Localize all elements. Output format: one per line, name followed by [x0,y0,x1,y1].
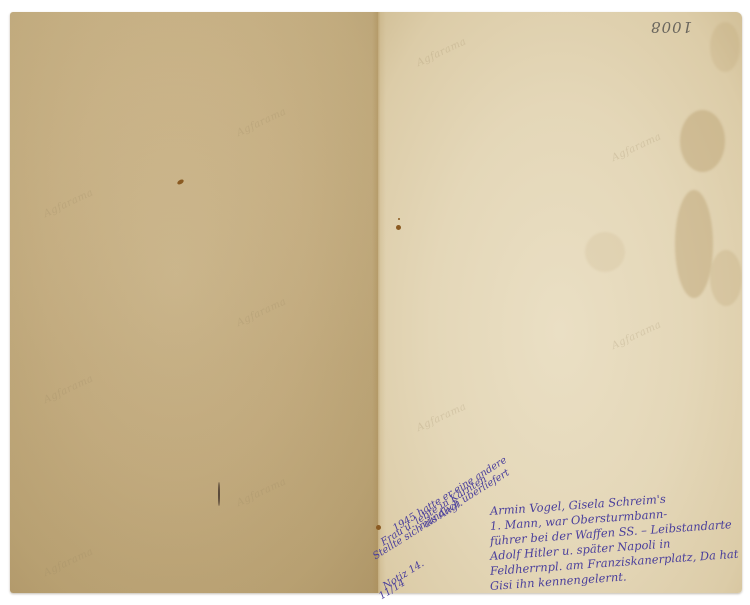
stain [710,22,740,72]
ink-spot [398,218,400,220]
handwritten-note-side: mündlich überliefert 1945 hatte er eine … [372,500,502,600]
left-page [10,12,378,593]
ink-spot [218,482,220,506]
stain [585,232,625,272]
stain [710,250,742,306]
stain [680,110,725,172]
handwritten-note-main: Armin Vogel, Gisela Schreim's 1. Mann, w… [490,504,745,594]
archive-number: 1008 [650,18,692,36]
ink-spot [396,225,401,230]
stain [675,190,713,298]
left-page-shading [10,12,378,593]
